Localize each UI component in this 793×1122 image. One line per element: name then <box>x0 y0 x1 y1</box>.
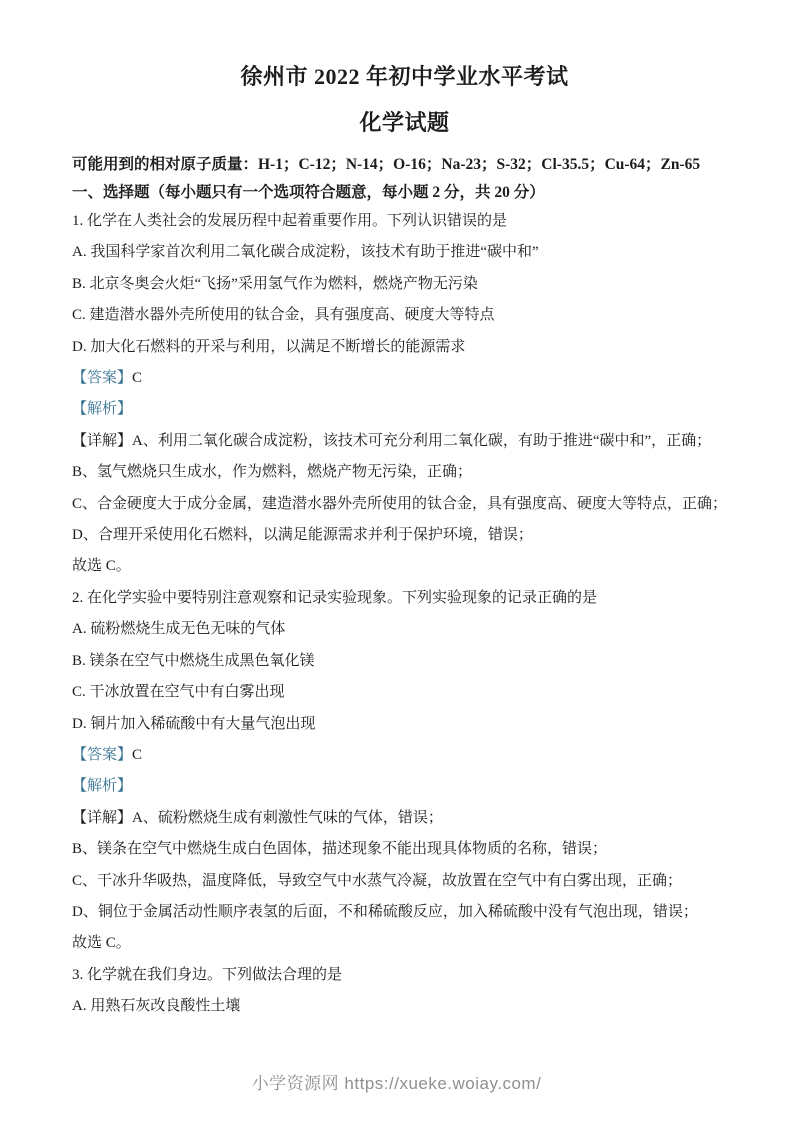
paragraph-line: 【答案】C <box>72 363 737 394</box>
paragraph-text: 3. 化学就在我们身边。下列做法合理的是 <box>72 967 342 983</box>
answer-label: 【答案】 <box>72 747 132 763</box>
paragraph-line: D. 加大化石燃料的开采与利用，以满足不断增长的能源需求 <box>72 332 737 363</box>
paragraph-text: A. 硫粉燃烧生成无色无味的气体 <box>72 621 285 637</box>
paragraph-text: B. 北京冬奥会火炬“飞扬”采用氢气作为燃料，燃烧产物无污染 <box>72 276 478 292</box>
watermark-footer: 小学资源网 https://xueke.woiay.com/ <box>0 1069 793 1094</box>
paragraph-text: D. 加大化石燃料的开采与利用，以满足不断增长的能源需求 <box>72 339 465 355</box>
paragraph-line: B、氢气燃烧只生成水，作为燃料，燃烧产物无污染，正确； <box>72 457 737 488</box>
paragraph-text: B. 镁条在空气中燃烧生成黑色氧化镁 <box>72 653 315 669</box>
atomic-mass-note: 可能用到的相对原子质量：H-1；C-12；N-14；O-16；Na-23；S-3… <box>72 152 737 178</box>
footer-site-name: 小学资源网 <box>252 1074 340 1093</box>
paragraph-line: A. 硫粉燃烧生成无色无味的气体 <box>72 614 737 645</box>
paragraph-text: C <box>132 370 142 386</box>
answer-label: 【答案】 <box>72 370 132 386</box>
paragraph-text: C <box>132 747 142 763</box>
paragraph-text: C. 干冰放置在空气中有白雾出现 <box>72 684 285 700</box>
paragraph-line: 【详解】A、利用二氧化碳合成淀粉，该技术可充分利用二氧化碳，有助于推进“碳中和”… <box>72 426 737 457</box>
paragraph-text: C. 建造潜水器外壳所使用的钛合金，具有强度高、硬度大等特点 <box>72 307 495 323</box>
footer-site-url: https://xueke.woiay.com/ <box>344 1074 541 1093</box>
paragraph-text: A. 我国科学家首次利用二氧化碳合成淀粉，该技术有助于推进“碳中和” <box>72 244 539 260</box>
paragraph-line: C、合金硬度大于成分金属，建造潜水器外壳所使用的钛合金，具有强度高、硬度大等特点… <box>72 489 737 520</box>
paragraph-line: 【详解】A、硫粉燃烧生成有刺激性气味的气体，错误； <box>72 803 737 834</box>
document-body: 1. 化学在人类社会的发展历程中起着重要作用。下列认识错误的是A. 我国科学家首… <box>72 206 737 1023</box>
paragraph-line: 【答案】C <box>72 740 737 771</box>
paragraph-line: C. 建造潜水器外壳所使用的钛合金，具有强度高、硬度大等特点 <box>72 300 737 331</box>
paragraph-line: C. 干冰放置在空气中有白雾出现 <box>72 677 737 708</box>
document-content: 徐州市 2022 年初中学业水平考试 化学试题 可能用到的相对原子质量：H-1；… <box>72 62 737 1023</box>
answer-label: 【解析】 <box>72 401 132 417</box>
paragraph-text: 故选 C。 <box>72 558 131 574</box>
paragraph-line: 1. 化学在人类社会的发展历程中起着重要作用。下列认识错误的是 <box>72 206 737 237</box>
paragraph-line: 故选 C。 <box>72 928 737 959</box>
paragraph-line: B. 北京冬奥会火炬“飞扬”采用氢气作为燃料，燃烧产物无污染 <box>72 269 737 300</box>
answer-label: 【解析】 <box>72 778 132 794</box>
paragraph-line: 2. 在化学实验中要特别注意观察和记录实验现象。下列实验现象的记录正确的是 <box>72 583 737 614</box>
paragraph-text: 【详解】A、硫粉燃烧生成有刺激性气味的气体，错误； <box>72 810 443 826</box>
paragraph-line: B. 镁条在空气中燃烧生成黑色氧化镁 <box>72 646 737 677</box>
paragraph-text: A. 用熟石灰改良酸性土壤 <box>72 998 240 1014</box>
section-heading: 一、选择题（每小题只有一个选项符合题意，每小题 2 分，共 20 分） <box>72 180 737 206</box>
paragraph-line: C、干冰升华吸热，温度降低，导致空气中水蒸气冷凝，故放置在空气中有白雾出现，正确… <box>72 866 737 897</box>
paragraph-line: 故选 C。 <box>72 551 737 582</box>
paragraph-text: D. 铜片加入稀硫酸中有大量气泡出现 <box>72 716 315 732</box>
paragraph-text: C、合金硬度大于成分金属，建造潜水器外壳所使用的钛合金，具有强度高、硬度大等特点… <box>72 496 727 512</box>
exam-document-page: 徐州市 2022 年初中学业水平考试 化学试题 可能用到的相对原子质量：H-1；… <box>0 0 793 1122</box>
paragraph-text: C、干冰升华吸热，温度降低，导致空气中水蒸气冷凝，故放置在空气中有白雾出现，正确… <box>72 873 682 889</box>
paragraph-text: D、合理开采使用化石燃料，以满足能源需求并利于保护环境，错误； <box>72 527 533 543</box>
paragraph-text: 故选 C。 <box>72 935 131 951</box>
paragraph-text: B、镁条在空气中燃烧生成白色固体，描述现象不能出现具体物质的名称，错误； <box>72 841 607 857</box>
exam-subject-title: 化学试题 <box>72 108 737 138</box>
exam-title: 徐州市 2022 年初中学业水平考试 <box>72 62 737 92</box>
paragraph-text: 【详解】A、利用二氧化碳合成淀粉，该技术可充分利用二氧化碳，有助于推进“碳中和”… <box>72 433 711 449</box>
paragraph-line: D、合理开采使用化石燃料，以满足能源需求并利于保护环境，错误； <box>72 520 737 551</box>
paragraph-line: B、镁条在空气中燃烧生成白色固体，描述现象不能出现具体物质的名称，错误； <box>72 834 737 865</box>
paragraph-text: 1. 化学在人类社会的发展历程中起着重要作用。下列认识错误的是 <box>72 213 507 229</box>
paragraph-text: B、氢气燃烧只生成水，作为燃料，燃烧产物无污染，正确； <box>72 464 472 480</box>
paragraph-line: D、铜位于金属活动性顺序表氢的后面，不和稀硫酸反应，加入稀硫酸中没有气泡出现，错… <box>72 897 737 928</box>
paragraph-text: D、铜位于金属活动性顺序表氢的后面，不和稀硫酸反应，加入稀硫酸中没有气泡出现，错… <box>72 904 698 920</box>
paragraph-line: A. 我国科学家首次利用二氧化碳合成淀粉，该技术有助于推进“碳中和” <box>72 237 737 268</box>
paragraph-line: D. 铜片加入稀硫酸中有大量气泡出现 <box>72 709 737 740</box>
paragraph-line: 3. 化学就在我们身边。下列做法合理的是 <box>72 960 737 991</box>
paragraph-line: 【解析】 <box>72 394 737 425</box>
paragraph-text: 2. 在化学实验中要特别注意观察和记录实验现象。下列实验现象的记录正确的是 <box>72 590 597 606</box>
paragraph-line: A. 用熟石灰改良酸性土壤 <box>72 991 737 1022</box>
paragraph-line: 【解析】 <box>72 771 737 802</box>
